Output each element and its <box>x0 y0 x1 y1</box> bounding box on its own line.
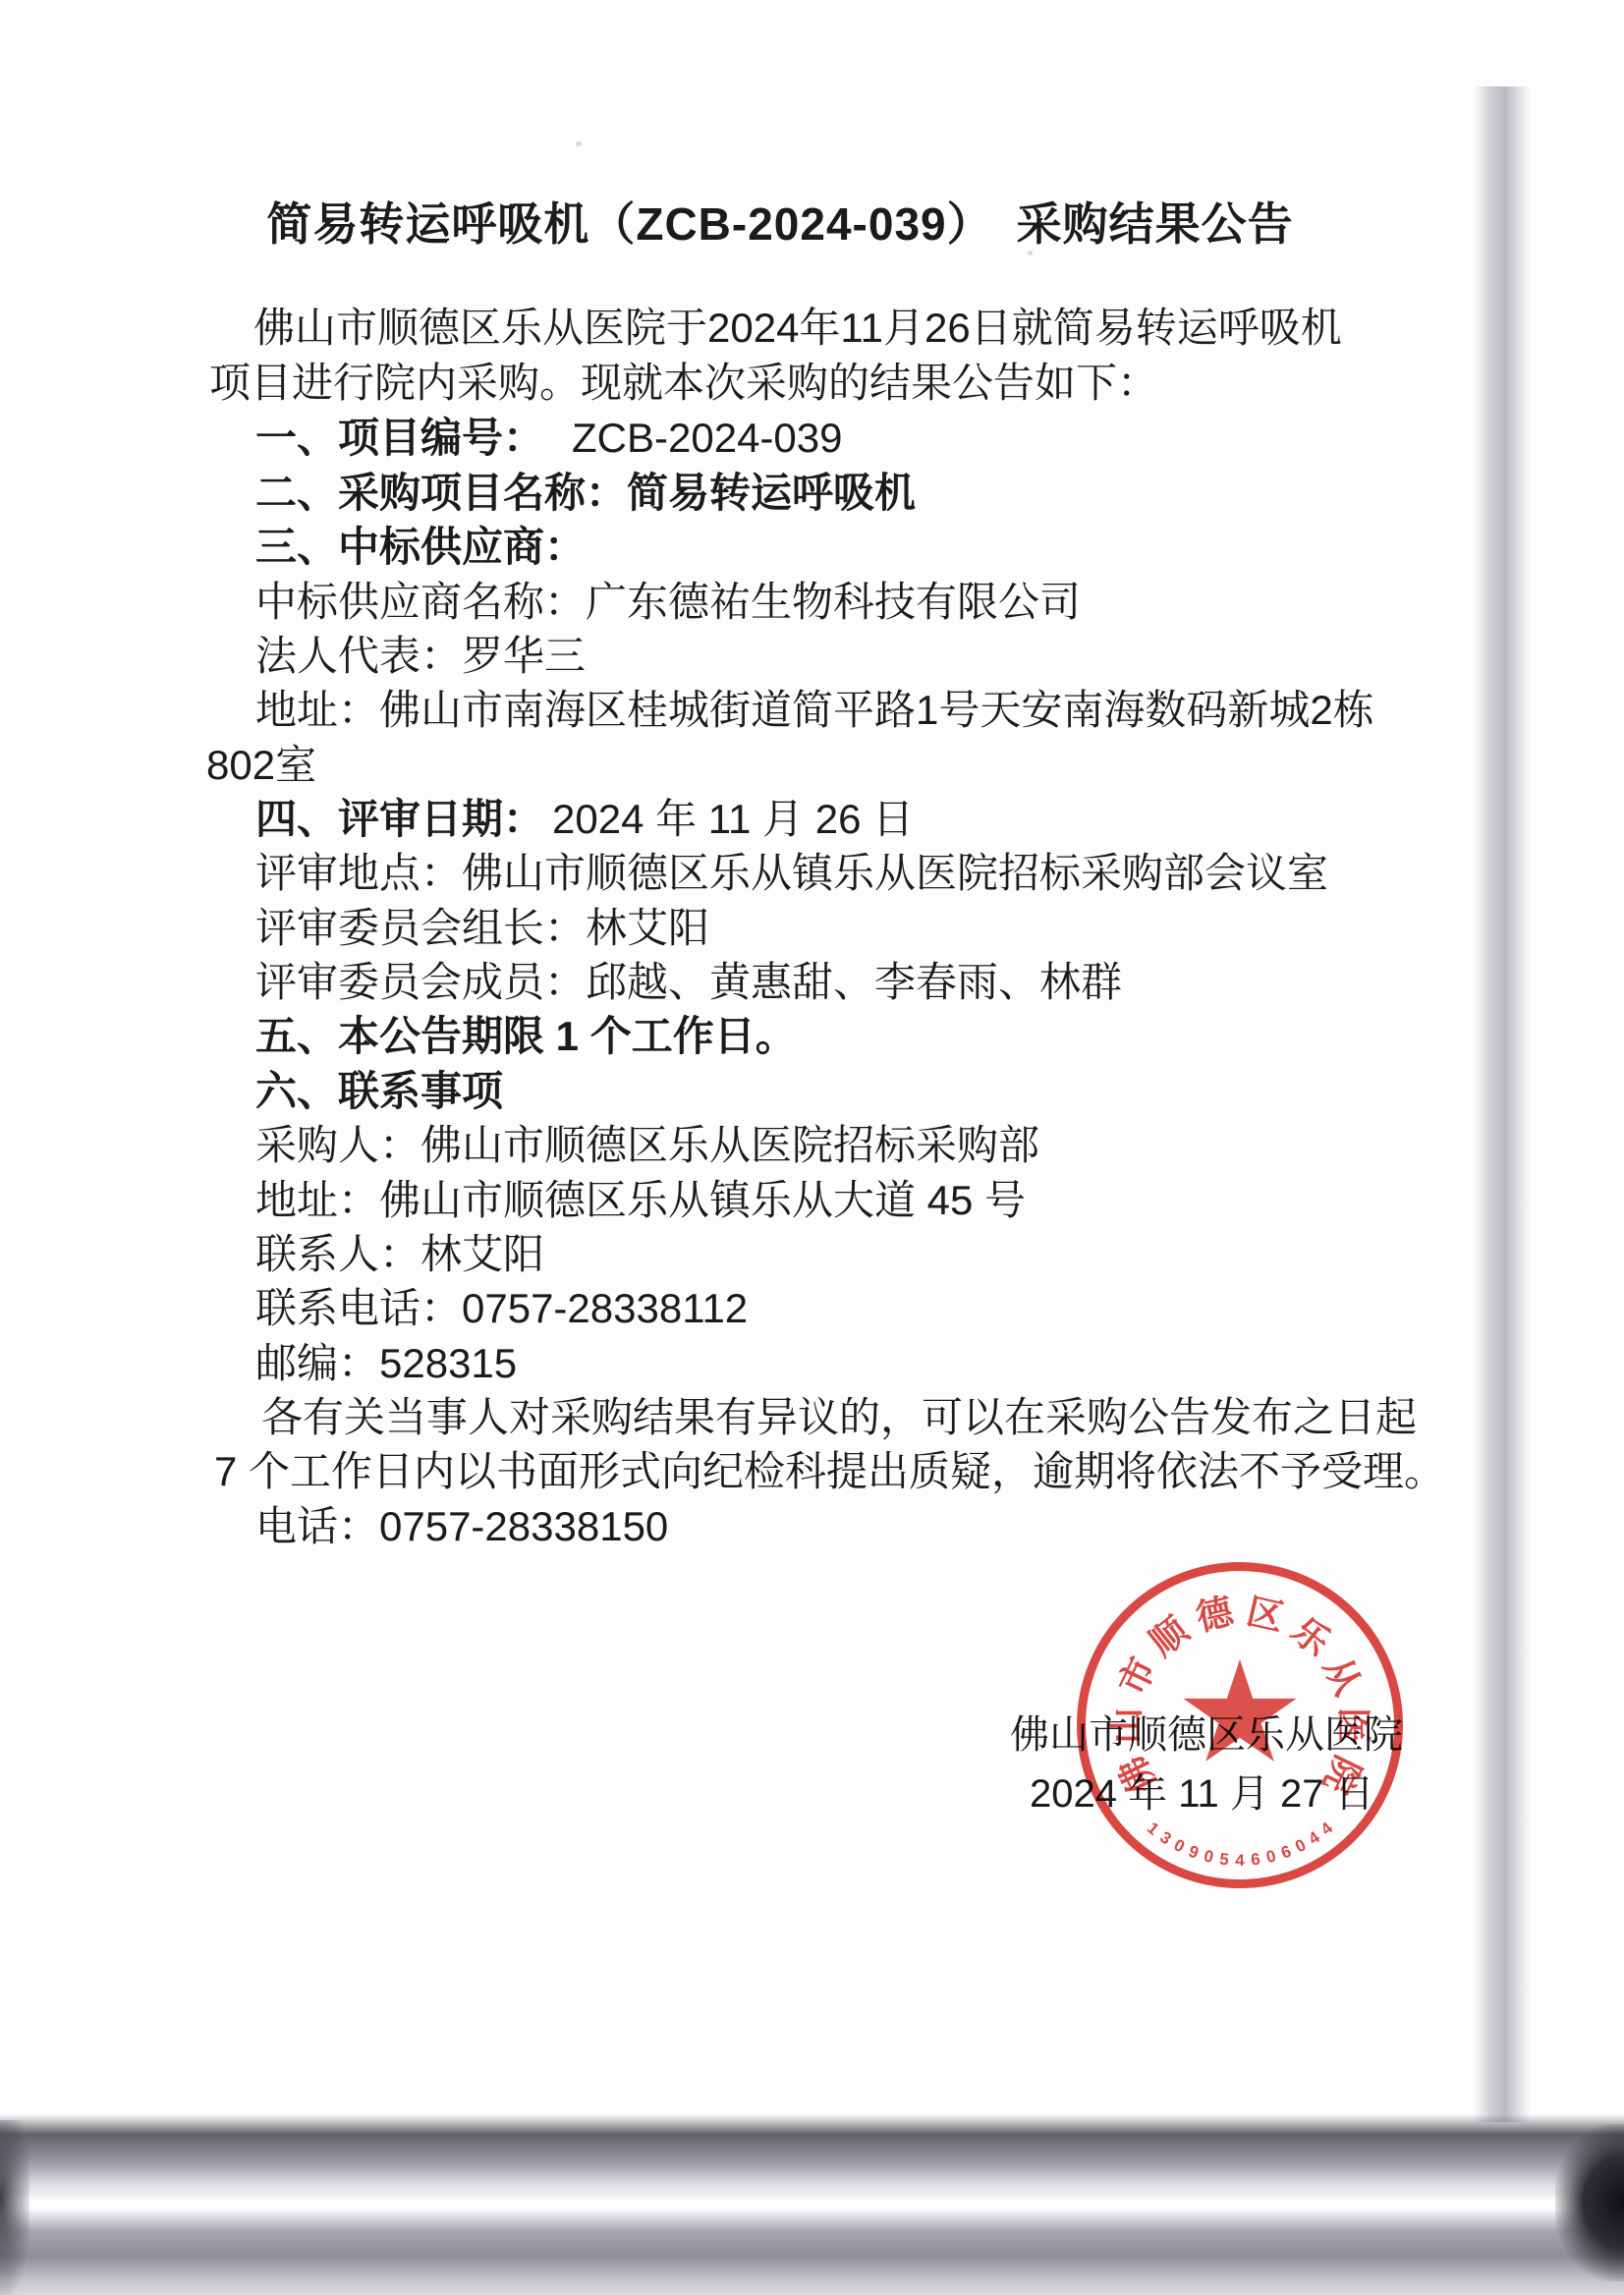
supplier-address-line-2: 802室 <box>206 740 316 791</box>
stamp: 佛山市顺德区乐从医院 4406064509031 <box>1077 1562 1403 1888</box>
item-winning-supplier-heading: 三、中标供应商： <box>255 522 586 573</box>
supplier-address-line-1: 地址：佛山市南海区桂城街道简平路1号天安南海数码新城2栋 <box>255 685 1374 736</box>
item-project-number-label: 一、项目编号： <box>255 415 544 461</box>
legal-representative-line: 法人代表：罗华三 <box>255 631 586 682</box>
item-notice-period: 五、本公告期限 1 个工作日。 <box>255 1011 797 1062</box>
objection-line-2: 7 个工作日内以书面形式向纪检科提出质疑，逾期将依法不予受理。 <box>214 1446 1445 1497</box>
scan-artifact-right-blob <box>1555 2124 1624 2281</box>
buyer-line: 采购人：佛山市顺德区乐从医院招标采购部 <box>255 1120 1039 1171</box>
item-review-date-label: 四、评审日期： <box>255 796 544 842</box>
committee-members-line: 评审委员会成员：邱越、黄惠甜、李春雨、林群 <box>255 957 1122 1008</box>
document-title: 简易转运呼吸机（ZCB-2024-039） 采购结果公告 <box>266 189 1293 253</box>
scan-artifact-bottom-band-2 <box>0 2209 1624 2295</box>
item-project-number-value: ZCB-2024-039 <box>572 415 842 461</box>
item-contact-heading: 六、联系事项 <box>255 1066 503 1117</box>
buyer-address-line: 地址：佛山市顺德区乐从镇乐从大道 45 号 <box>255 1175 1026 1226</box>
objection-phone-line: 电话：0757-28338150 <box>255 1501 668 1552</box>
scan-speck <box>1028 251 1033 255</box>
item-project-name: 二、采购项目名称：简易转运呼吸机 <box>255 468 916 519</box>
item-project-number: 一、项目编号：ZCB-2024-039 <box>255 413 843 464</box>
item-review-date-value: 2024 年 11 月 26 日 <box>552 796 914 842</box>
review-place-line: 评审地点：佛山市顺德区乐从镇乐从医院招标采购部会议室 <box>255 848 1328 899</box>
scanned-document-page: 简易转运呼吸机（ZCB-2024-039） 采购结果公告 佛山市顺德区乐从医院于… <box>0 0 1624 2295</box>
postal-code-line: 邮编：528315 <box>255 1338 517 1389</box>
contact-phone-line: 联系电话：0757-28338112 <box>255 1283 748 1334</box>
objection-line-1: 各有关当事人对采购结果有异议的，可以在采购公告发布之日起 <box>261 1392 1417 1443</box>
supplier-name-line: 中标供应商名称：广东德祐生物科技有限公司 <box>255 577 1081 628</box>
committee-leader-line: 评审委员会组长：林艾阳 <box>255 903 709 954</box>
scan-artifact-right-strip <box>1474 86 1531 2122</box>
scan-artifact-left-blob <box>0 2120 29 2295</box>
intro-line-1: 佛山市顺德区乐从医院于2024年11月26日就简易转运呼吸机 <box>253 303 1342 354</box>
scan-speck <box>576 141 582 146</box>
intro-line-2: 项目进行院内采购。现就本次采购的结果公告如下： <box>209 358 1158 409</box>
item-review-date: 四、评审日期：2024 年 11 月 26 日 <box>255 794 914 845</box>
contact-person-line: 联系人：林艾阳 <box>255 1229 544 1280</box>
scan-artifact-bottom-band-1 <box>0 2114 1624 2199</box>
